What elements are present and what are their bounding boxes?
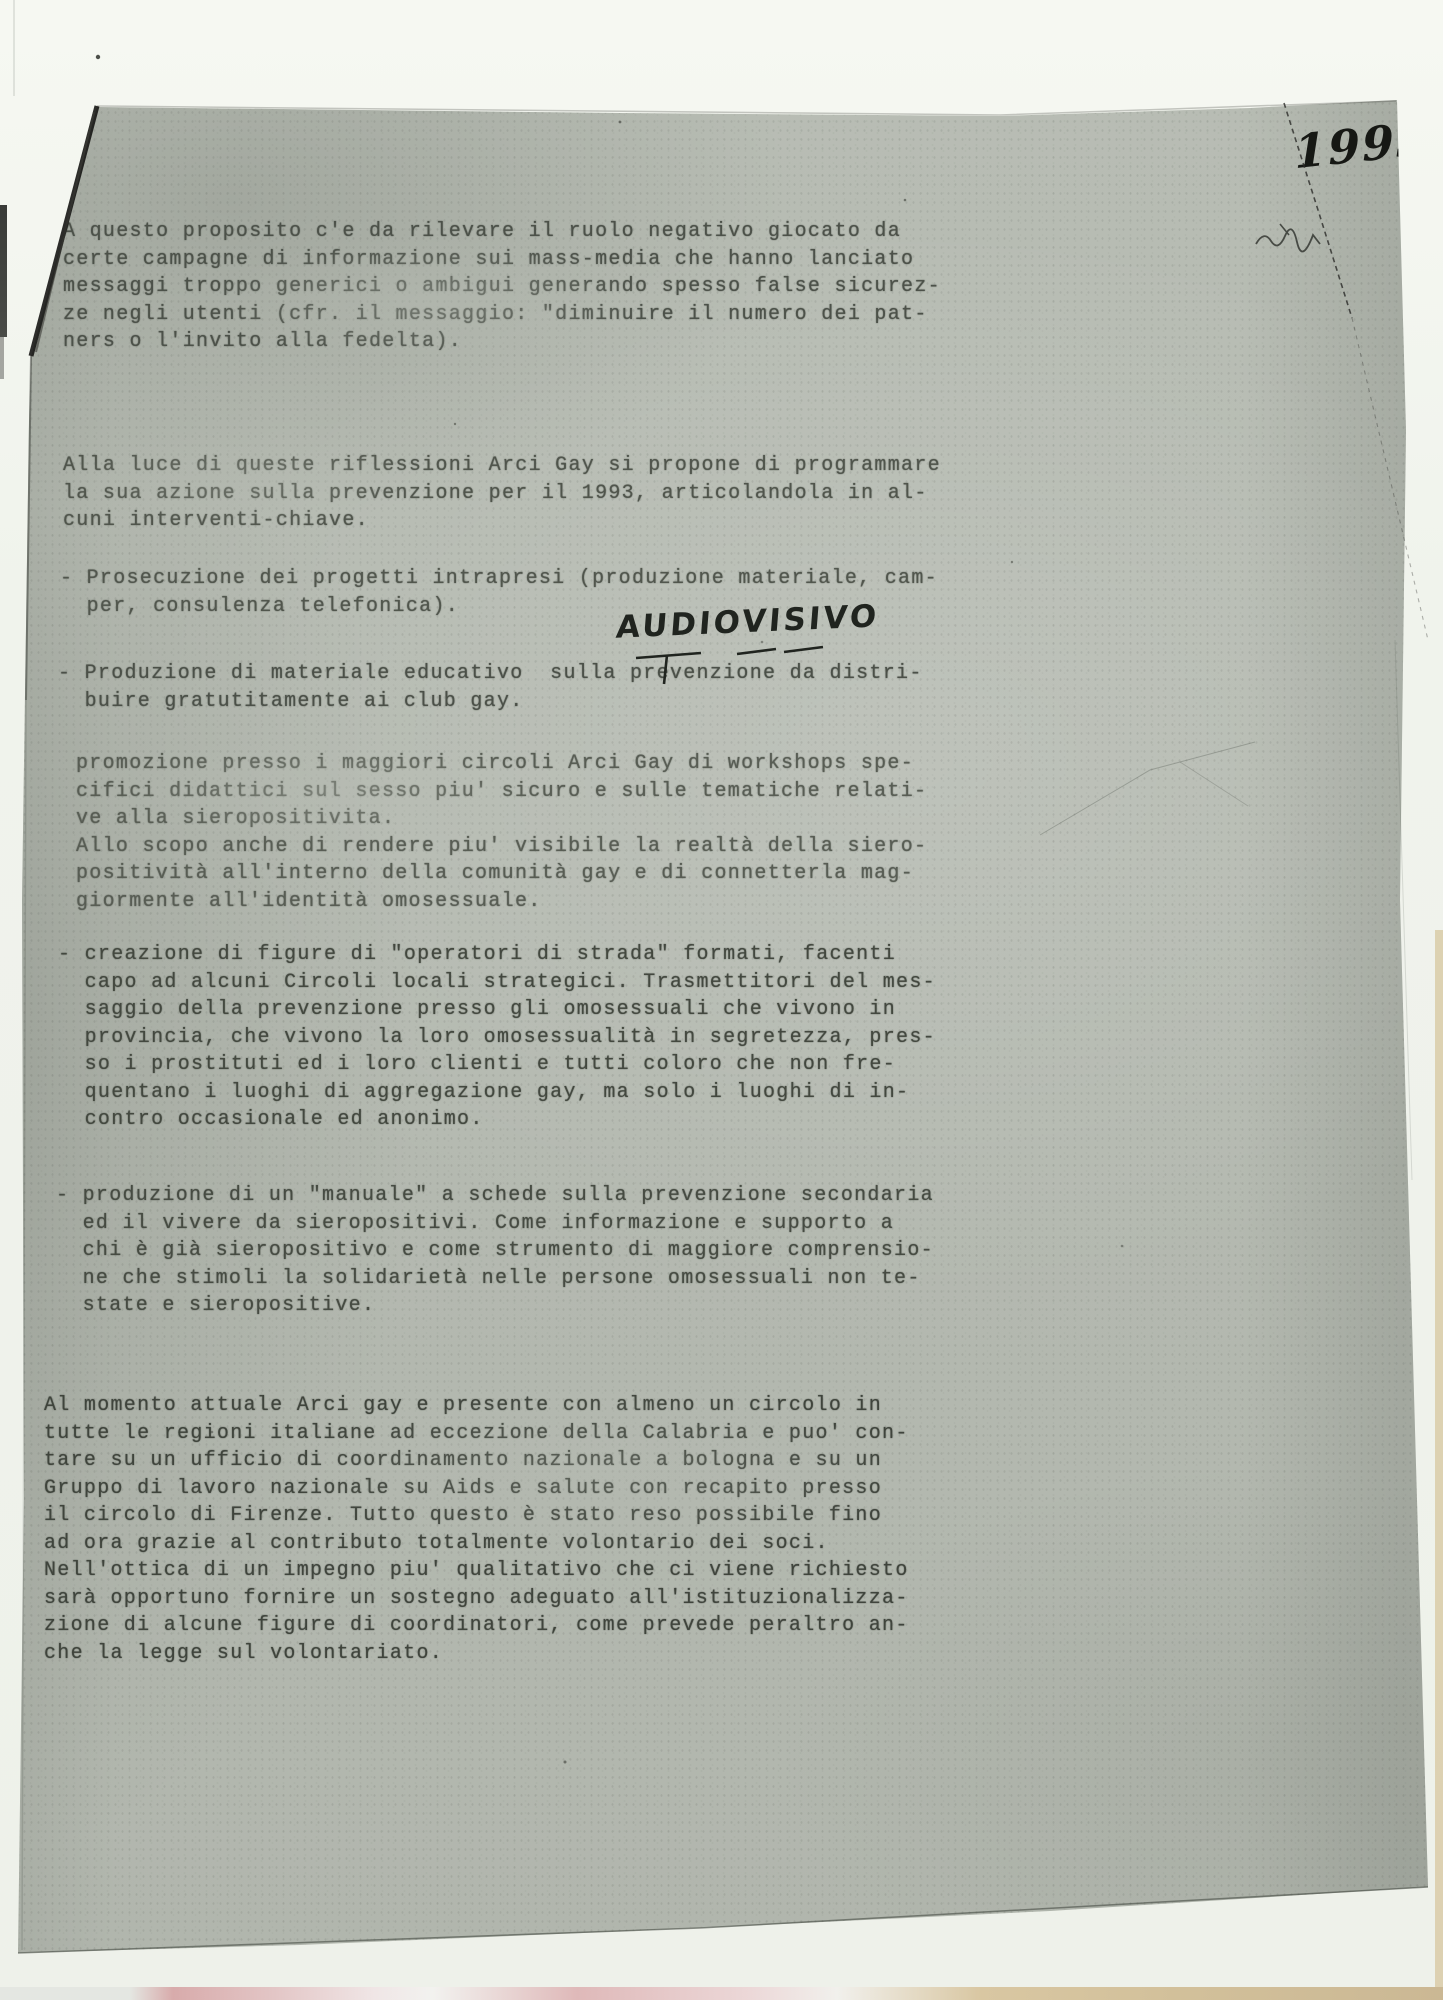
typewritten-paragraph-situazione: Al momento attuale Arci gay e presente c…	[44, 1392, 909, 1667]
underlying-page-edge	[1435, 930, 1443, 1990]
typewritten-paragraph-workshops: promozione presso i maggiori circoli Arc…	[76, 750, 927, 915]
typewritten-bullet-operatori: - creazione di figure di "operatori di s…	[58, 941, 936, 1134]
typewritten-paragraph-intro: A questo proposito c'e da rilevare il ru…	[63, 218, 941, 356]
typewritten-paragraph-programma: Alla luce di queste riflessioni Arci Gay…	[63, 452, 941, 535]
scan-bottom-edge	[0, 1987, 1443, 2000]
photocopy-page: A questo proposito c'e da rilevare il ru…	[0, 0, 1443, 2000]
typewritten-bullet-manuale: - produzione di un "manuale" a schede su…	[56, 1182, 934, 1320]
scan-left-edge-shadow	[0, 205, 7, 337]
handwritten-year-annotation: 1993	[1293, 111, 1430, 179]
scan-left-edge-shadow-2	[0, 337, 4, 379]
typewritten-bullet-materiale: - Produzione di materiale educativo sull…	[58, 660, 923, 715]
